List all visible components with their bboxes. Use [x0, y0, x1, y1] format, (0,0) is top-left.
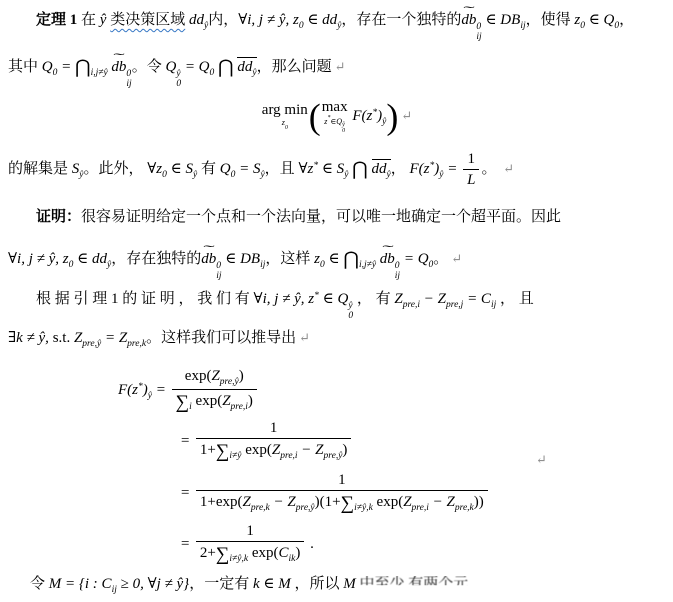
lemma-ref-line-1: 根 据 引 理 1 的 证 明 ， 我 们 有 ∀i, j ≠ ŷ, z* ∈ …: [36, 289, 534, 322]
theorem-line-2: 其中 Q0 = ⋂i,j≠ŷ ˜db0ij。令 Qŷ0 = Q0 ⋂ ddŷ，那…: [8, 54, 346, 90]
paragraph-return-mark-icon: ↵: [299, 330, 310, 345]
wide-tilde-symbol: ˜db0ij: [111, 57, 131, 90]
proof-line-2: ∀i, j ≠ ŷ, z0 ∈ ddŷ，存在独特的˜db0ij ∈ DBij，这…: [8, 246, 462, 282]
paragraph-return-mark-icon: ↵: [451, 251, 462, 266]
paragraph-return-mark-icon: ↵: [401, 108, 412, 123]
theorem-line-3: 的解集是 Sŷ。此外， ∀z0 ∈ Sŷ 有 Q0 = Sŷ，且 ∀z* ∈ S…: [8, 149, 514, 191]
equation-line-2: = 11+∑i≠ŷ exp(Zpre,i − Zpre,ŷ): [180, 418, 353, 465]
lemma-ref-line-2: ∃k ≠ ŷ, s.t. Zpre,ŷ = Zpre,k。这样我们可以推导出↵: [8, 328, 310, 352]
argmin-formula: arg minz0(maxz*∈Qŷ0 F(z*)ŷ)↵: [0, 90, 673, 145]
wide-tilde-symbol: ˜db0ij: [201, 249, 221, 282]
wide-tilde-symbol: ˜db0ij: [461, 10, 481, 43]
paragraph-return-mark-icon: ↵: [335, 59, 346, 74]
wide-tilde-symbol: ˜db0ij: [380, 249, 400, 282]
equation-line-1: F(z*)ŷ = exp(Zpre,ŷ)∑i exp(Zpre,i): [118, 366, 259, 415]
equation-return-mark: ↵: [533, 450, 547, 472]
document-page: 定理 1 在 ŷ 类决策区域 ddŷ内，∀i, j ≠ ŷ, z0 ∈ ddŷ，…: [0, 0, 673, 602]
paragraph-return-mark-icon: ↵: [536, 452, 547, 467]
equation-line-3: = 11+exp(Zpre,k − Zpre,ŷ)(1+∑i≠ŷ,k exp(Z…: [180, 470, 490, 517]
paragraph-return-mark-icon: ↵: [503, 161, 514, 176]
spellcheck-squiggle-text: 类决策区域: [110, 12, 185, 28]
equation-line-4: = 12+∑i≠ŷ,k exp(Cik) .: [180, 521, 314, 568]
theorem-line-1: 定理 1 在 ŷ 类决策区域 ddŷ内，∀i, j ≠ ŷ, z0 ∈ ddŷ，…: [36, 10, 634, 43]
closing-line-clipped: 令 M = {i : Cij ≥ 0, ∀j ≠ ŷ}，一定有 k ∈ M ，所…: [30, 574, 468, 598]
proof-line-1: 证明：很容易证明给定一个点和一个法向量，可以唯一地确定一个超平面。因此: [36, 207, 561, 229]
